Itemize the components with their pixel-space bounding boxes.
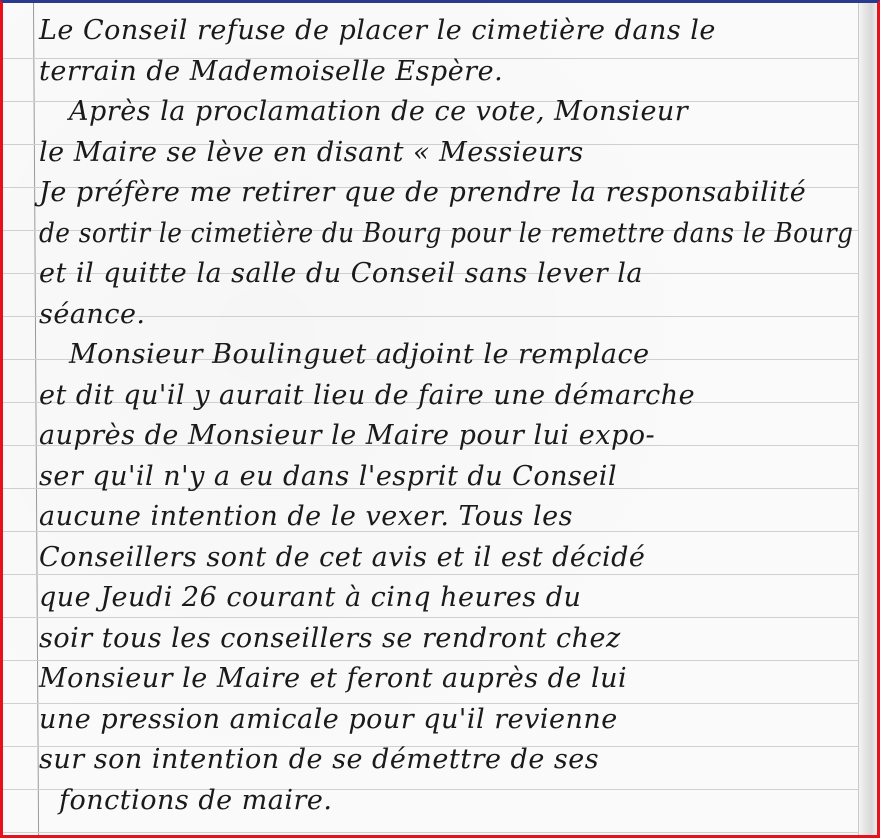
paper-page: Le Conseil refuse de placer le cimetière… [3,3,877,835]
text-line: et dit qu'il y aurait lieu de faire une … [39,380,853,411]
text-line: aucune intention de le vexer. Tous les [39,501,853,532]
text-line: Je préfère me retirer que de prendre la … [39,177,853,208]
text-line: ser qu'il n'y a eu dans l'esprit du Cons… [39,461,853,492]
text-line: séance. [39,299,853,330]
text-line: sur son intention de se démettre de ses [39,744,853,775]
text-line: auprès de Monsieur le Maire pour lui exp… [39,420,853,451]
text-line: de sortir le cimetière du Bourg pour le … [39,218,785,249]
page-edge [858,3,877,835]
text-line: Conseillers sont de cet avis et il est d… [39,542,853,573]
text-line: Après la proclamation de ce vote, Monsie… [69,96,853,127]
text-line: Monsieur le Maire et feront auprès de lu… [39,663,853,694]
document-frame: Le Conseil refuse de placer le cimetière… [0,0,880,838]
rule-line [3,832,859,833]
rule-line [3,660,859,661]
top-strip [3,0,877,2]
text-line: fonctions de maire. [59,785,853,816]
rule-line [3,617,859,618]
text-line: et il quitte la salle du Conseil sans le… [39,258,853,289]
text-line: soir tous les conseillers se rendront ch… [39,623,853,654]
text-line: Le Conseil refuse de placer le cimetière… [39,15,853,46]
text-line: terrain de Mademoiselle Espère. [39,56,853,87]
text-line: le Maire se lève en disant « Messieurs [39,137,853,168]
text-line: une pression amicale pour qu'il revienne [39,704,853,735]
text-line: que Jeudi 26 courant à cinq heures du [39,582,853,613]
rule-line [3,574,859,575]
text-line: Monsieur Boulinguet adjoint le remplace [69,339,853,370]
